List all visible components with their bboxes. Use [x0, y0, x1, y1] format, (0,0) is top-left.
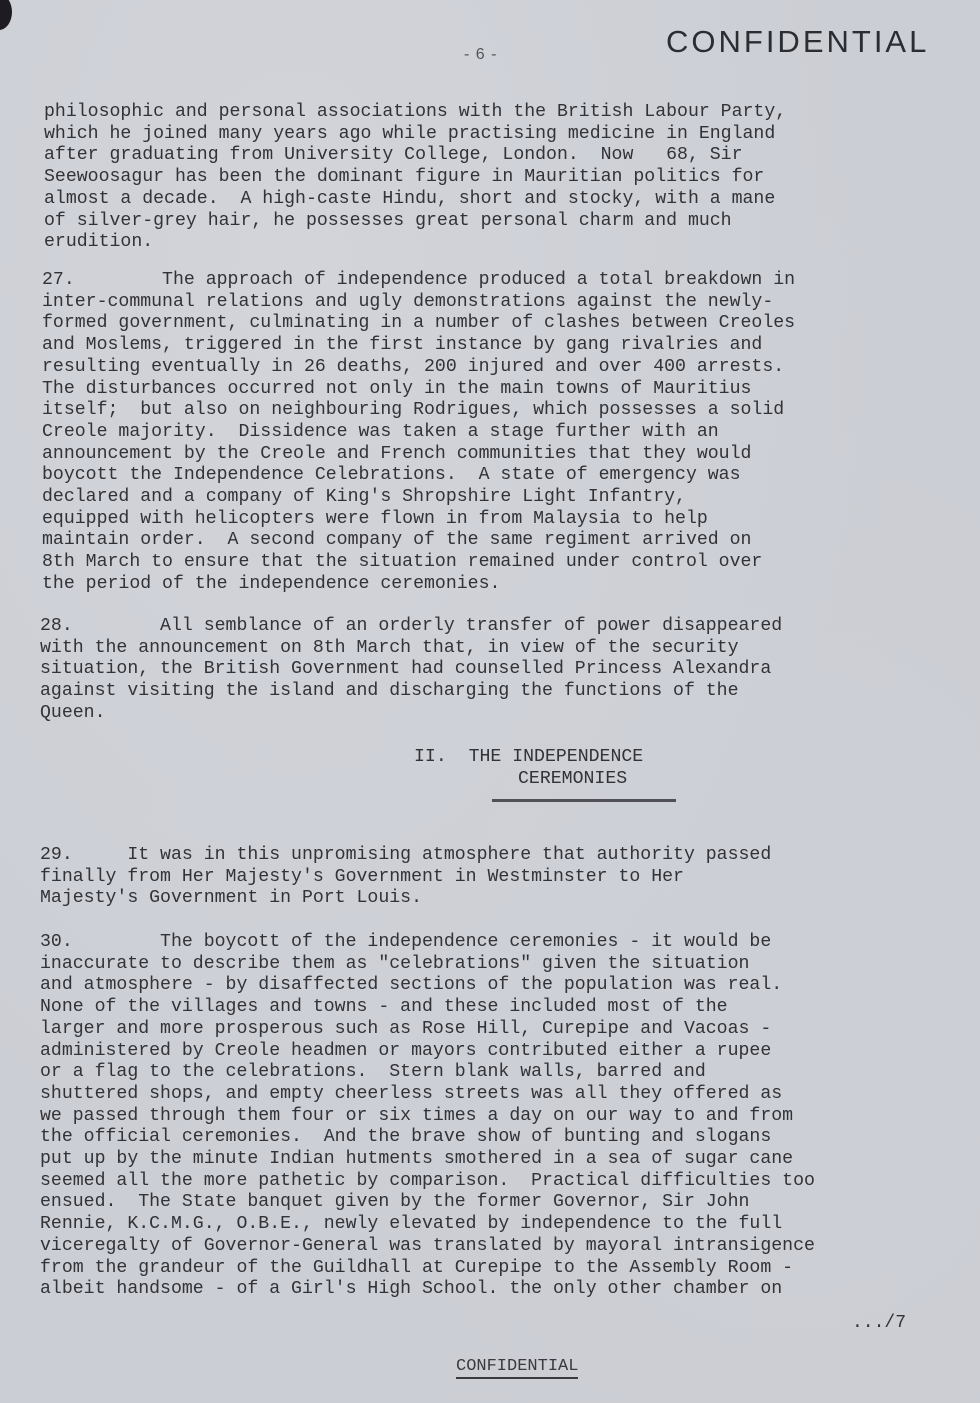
text-line: Queen.: [40, 703, 782, 725]
paragraph-27: 27. The approach of independence produce…: [42, 270, 795, 596]
text-line: and Moslems, triggered in the first inst…: [42, 335, 795, 357]
text-line: or a flag to the celebrations. Stern bla…: [40, 1062, 815, 1084]
text-line: 8th March to ensure that the situation r…: [42, 552, 795, 574]
text-line: resulting eventually in 26 deaths, 200 i…: [42, 357, 795, 379]
text-line: seemed all the more pathetic by comparis…: [40, 1171, 815, 1193]
text-line: 27. The approach of independence produce…: [42, 270, 795, 292]
section-heading-underline: [492, 799, 676, 802]
footer-classification-stamp: CONFIDENTIAL: [456, 1357, 578, 1379]
text-line: put up by the minute Indian hutments smo…: [40, 1149, 815, 1171]
text-line: 30. The boycott of the independence cere…: [40, 932, 815, 954]
paragraph-continuation: philosophic and personal associations wi…: [44, 102, 786, 254]
text-line: maintain order. A second company of the …: [42, 530, 795, 552]
text-line: Seewoosagur has been the dominant figure…: [44, 167, 786, 189]
binder-hole: [0, 0, 12, 30]
text-line: erudition.: [44, 232, 786, 254]
text-line: Majesty's Government in Port Louis.: [40, 888, 771, 910]
text-line: inter-communal relations and ugly demons…: [42, 292, 795, 314]
text-line: with the announcement on 8th March that,…: [40, 638, 782, 660]
text-line: administered by Creole headmen or mayors…: [40, 1041, 815, 1063]
page-number: - 6 -: [464, 46, 497, 64]
text-line: announcement by the Creole and French co…: [42, 444, 795, 466]
text-line: boycott the Independence Celebrations. A…: [42, 465, 795, 487]
paragraph-28: 28. All semblance of an orderly transfer…: [40, 616, 782, 725]
text-line: The disturbances occurred not only in th…: [42, 379, 795, 401]
text-line: formed government, culminating in a numb…: [42, 313, 795, 335]
text-line: declared and a company of King's Shropsh…: [42, 487, 795, 509]
text-line: the official ceremonies. And the brave s…: [40, 1127, 815, 1149]
paragraph-29: 29. It was in this unpromising atmospher…: [40, 845, 771, 910]
text-line: ensued. The State banquet given by the f…: [40, 1192, 815, 1214]
text-line: shuttered shops, and empty cheerless str…: [40, 1084, 815, 1106]
section-heading-line-1: II. THE INDEPENDENCE: [414, 746, 643, 768]
text-line: larger and more prosperous such as Rose …: [40, 1019, 815, 1041]
text-line: itself; but also on neighbouring Rodrigu…: [42, 400, 795, 422]
text-line: 29. It was in this unpromising atmospher…: [40, 845, 771, 867]
continuation-marker: .../7: [852, 1313, 906, 1333]
text-line: of silver-grey hair, he possesses great …: [44, 211, 786, 233]
text-line: situation, the British Government had co…: [40, 659, 782, 681]
text-line: None of the villages and towns - and the…: [40, 997, 815, 1019]
text-line: Rennie, K.C.M.G., O.B.E., newly elevated…: [40, 1214, 815, 1236]
section-heading-line-2: CEREMONIES: [518, 768, 627, 790]
paragraph-30: 30. The boycott of the independence cere…: [40, 932, 815, 1301]
text-line: which he joined many years ago while pra…: [44, 124, 786, 146]
text-line: philosophic and personal associations wi…: [44, 102, 786, 124]
text-line: we passed through them four or six times…: [40, 1106, 815, 1128]
text-line: from the grandeur of the Guildhall at Cu…: [40, 1258, 815, 1280]
text-line: 28. All semblance of an orderly transfer…: [40, 616, 782, 638]
text-line: after graduating from University College…: [44, 145, 786, 167]
text-line: finally from Her Majesty's Government in…: [40, 867, 771, 889]
text-line: albeit handsome - of a Girl's High Schoo…: [40, 1279, 815, 1301]
text-line: inaccurate to describe them as "celebrat…: [40, 954, 815, 976]
document-page: - 6 - CONFIDENTIAL philosophic and perso…: [0, 0, 980, 1403]
text-line: almost a decade. A high-caste Hindu, sho…: [44, 189, 786, 211]
text-line: equipped with helicopters were flown in …: [42, 509, 795, 531]
text-line: and atmosphere - by disaffected sections…: [40, 975, 815, 997]
text-line: against visiting the island and discharg…: [40, 681, 782, 703]
header-classification-stamp: CONFIDENTIAL: [666, 24, 929, 60]
text-line: the period of the independence ceremonie…: [42, 574, 795, 596]
text-line: viceregalty of Governor-General was tran…: [40, 1236, 815, 1258]
text-line: Creole majority. Dissidence was taken a …: [42, 422, 795, 444]
